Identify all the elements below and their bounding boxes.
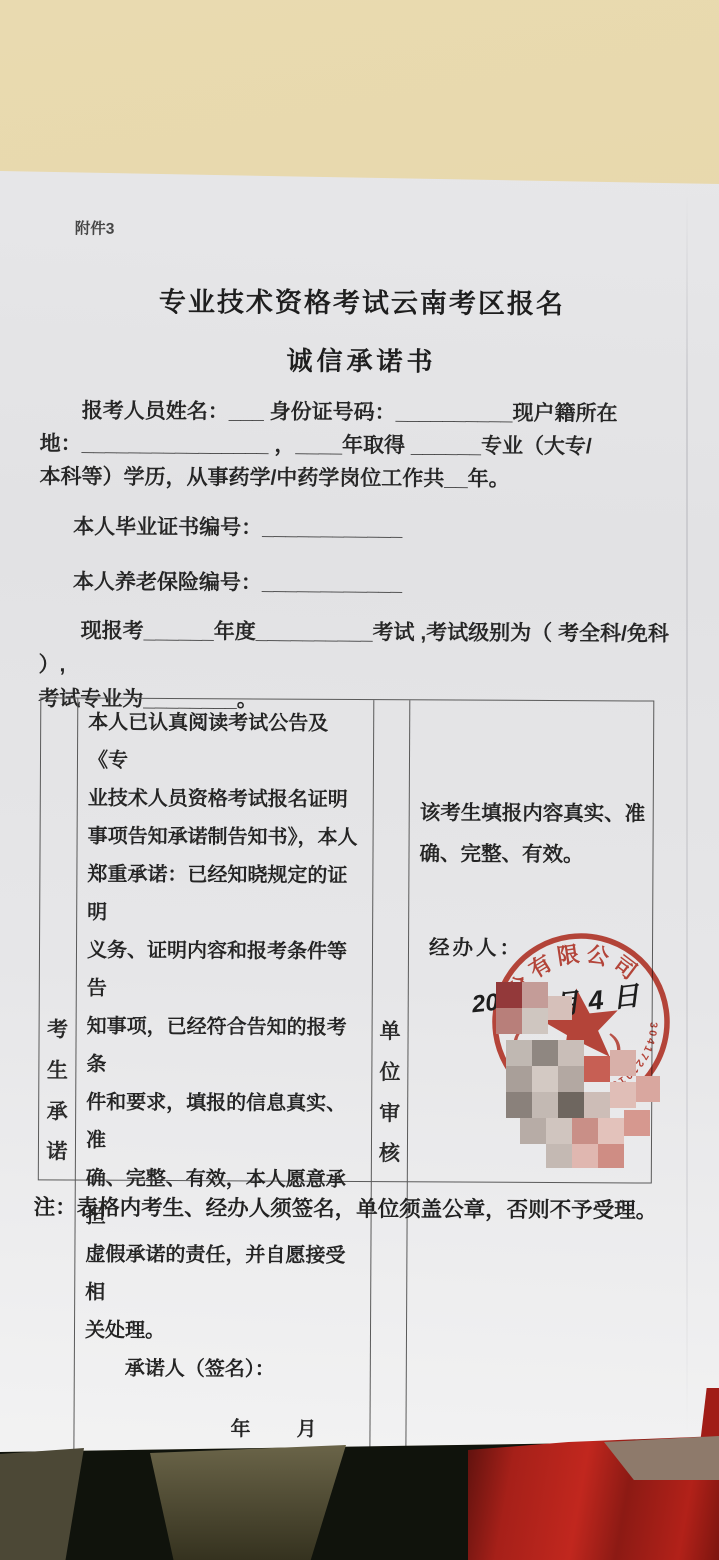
document-subtitle: 诚信承诺书 <box>2 339 719 380</box>
document-title: 专业技术资格考试云南考区报名 <box>2 279 719 322</box>
table-header-unit-review: 单 位 审 核 <box>369 700 409 1487</box>
pension-number-line: 本人养老保险编号：____________ <box>73 565 402 597</box>
document-content: 附件3 专业技术资格考试云南考区报名 诚信承诺书 报考人员姓名：___ 身份证号… <box>0 0 719 1560</box>
handwritten-year-prefix: 20 <box>471 989 500 1020</box>
commitment-text: 本人已认真阅读考试公告及《专 业技术人员资格考试报名证明 事项告知承诺制告知书》… <box>85 704 365 1351</box>
table-header-candidate-commitment: 考 生 承 诺 <box>37 698 77 1485</box>
intro-paragraph: 报考人员姓名：___ 身份证号码：__________现户籍所在 地：_____… <box>39 394 695 496</box>
photo-of-document: 附件3 专业技术资格考试云南考区报名 诚信承诺书 报考人员姓名：___ 身份证号… <box>0 0 719 1560</box>
seal-paren-close: ） <box>608 1024 642 1073</box>
graduation-certificate-line: 本人毕业证书编号：____________ <box>73 510 402 542</box>
footnote: 注：表格内考生、经办人须签名，单位须盖公章，否则不予受理。 <box>34 1190 704 1225</box>
seal-paren-open: （ <box>492 1018 526 1067</box>
unit-review-text: 该考生填报内容真实、准确、完整、有效。 <box>419 792 648 875</box>
signer-label: 承诺人（签名）： <box>85 1350 362 1389</box>
candidate-commitment-cell: 本人已认真阅读考试公告及《专 业技术人员资格考试报名证明 事项告知承诺制告知书》… <box>73 699 373 1488</box>
attachment-label: 附件3 <box>75 216 115 238</box>
